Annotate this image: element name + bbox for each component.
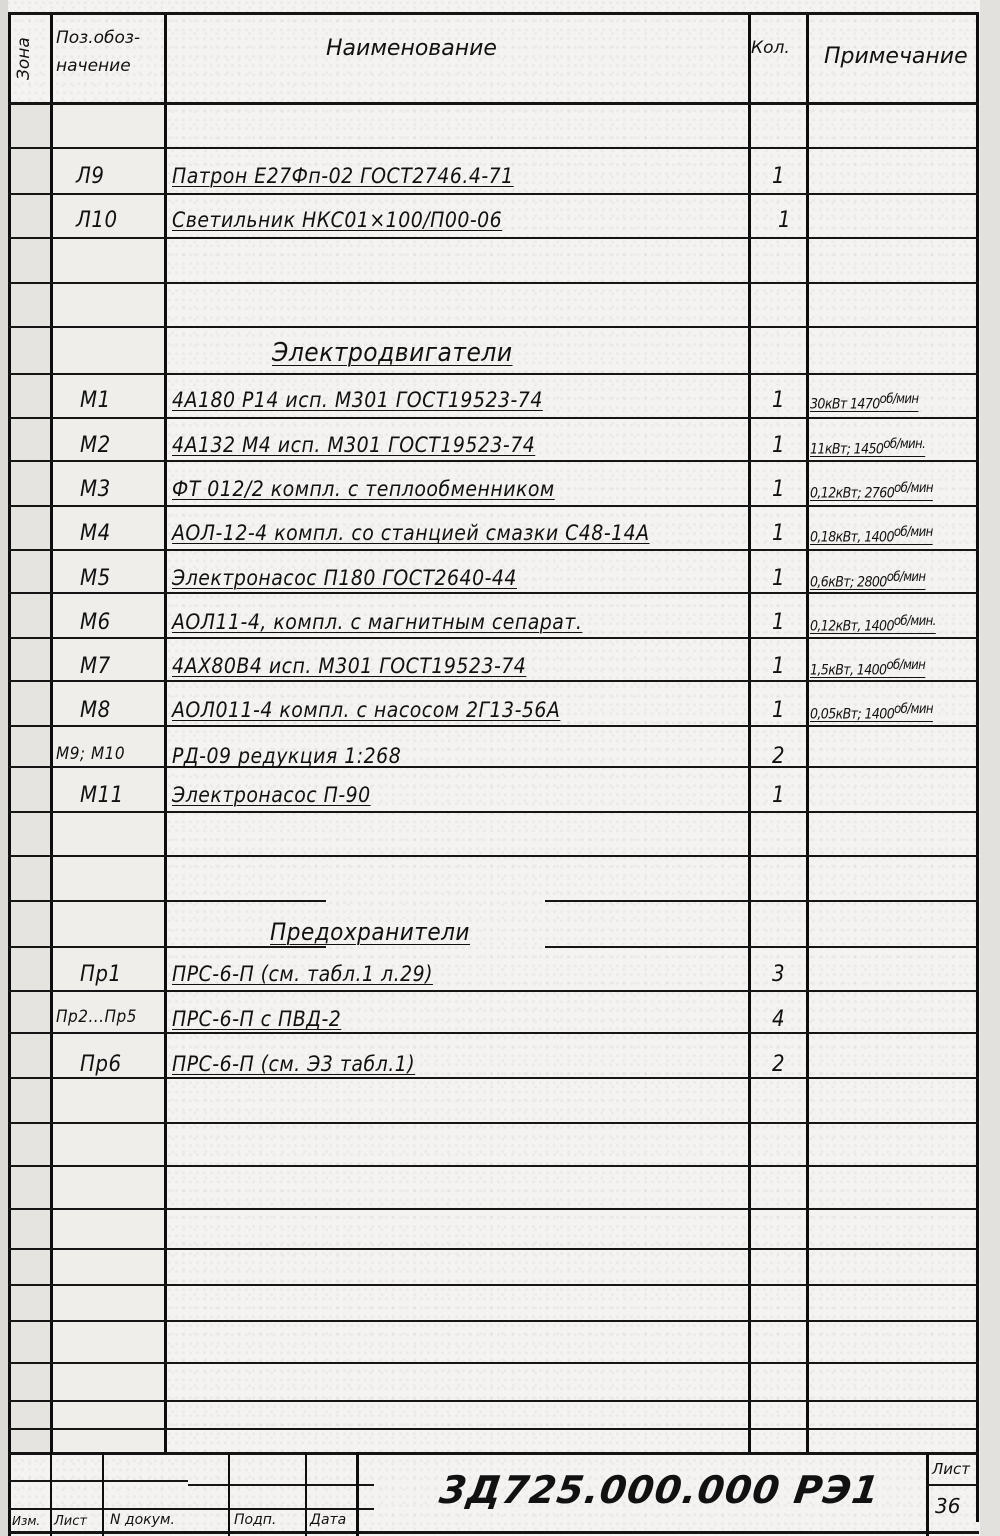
row-pos: М5	[80, 566, 111, 591]
row-name: ПРС-6-П (см. Э3 табл.1)	[172, 1052, 415, 1076]
row-note: 1,5кВт, 1400об/мин	[810, 658, 925, 679]
row-pos: Л9	[76, 164, 104, 189]
row-name: 4А132 М4 исп. М301 ГОСТ19523-74	[172, 433, 535, 457]
row-line	[8, 1428, 979, 1430]
spec-sheet: Зона Поз.обоз- начение Наименование Кол.…	[0, 0, 1000, 1536]
header-pos-line1: Поз.обоз-	[56, 28, 140, 48]
row-line	[8, 549, 979, 551]
row-line	[8, 811, 979, 813]
sheet-number: 36	[935, 1494, 960, 1518]
row-line	[8, 637, 979, 639]
row-note: 0,6кВт; 2800об/мин	[810, 570, 925, 591]
header-name: Наименование	[326, 36, 497, 61]
row-name: ПРС-6-П с ПВД-2	[172, 1007, 341, 1031]
header-separator	[8, 102, 979, 105]
row-note: 30кВт 1470об/мин	[810, 392, 918, 413]
row-name: АОЛ11-4, компл. с магнитным сепарат.	[172, 610, 582, 634]
row-qty: 1	[772, 521, 785, 546]
note-unit: об/мин	[894, 702, 933, 717]
row-qty: 4	[772, 1007, 785, 1032]
row-line	[8, 193, 979, 195]
title-block-inner-line	[8, 1480, 188, 1482]
note-power-speed: 0,12кВт; 2760	[810, 486, 894, 502]
row-name: 4А180 Р14 исп. М301 ГОСТ19523-74	[172, 388, 543, 412]
col-divider-qty	[806, 12, 809, 1452]
row-line	[8, 1248, 979, 1250]
note-power-speed: 0,18кВт, 1400	[810, 530, 894, 546]
sheet-label: Лист	[932, 1460, 970, 1478]
row-line	[8, 766, 979, 768]
header-note: Примечание	[824, 44, 968, 69]
title-block-top	[8, 1452, 979, 1455]
tb-divider	[305, 1452, 307, 1536]
row-name: Светильник НКС01×100/П00-06	[172, 208, 502, 232]
row-name: ПРС-6-П (см. табл.1 л.29)	[172, 962, 433, 986]
note-power-speed: 30кВт 1470	[810, 397, 880, 413]
row-qty: 1	[772, 610, 785, 635]
row-name: Электронасос П-90	[172, 783, 371, 807]
row-pos: М11	[80, 783, 124, 808]
note-unit: об/мин	[894, 525, 933, 540]
row-pos: М2	[80, 433, 111, 458]
row-line	[8, 855, 979, 857]
row-line	[8, 1165, 979, 1167]
note-power-speed: 0,6кВт; 2800	[810, 575, 887, 591]
title-block-bottom	[8, 1531, 979, 1534]
row-line	[8, 1320, 979, 1322]
row-line	[8, 1077, 979, 1079]
row-pos: М4	[80, 521, 111, 546]
section-title-motors: Электродвигатели	[272, 338, 513, 368]
right-margin	[980, 0, 1000, 1536]
row-line	[8, 1032, 979, 1034]
header-pos-line2: начение	[56, 56, 131, 76]
tb-label-docnum: N докум.	[110, 1512, 175, 1528]
row-line	[8, 417, 979, 419]
row-name: РД-09 редукция 1:268	[172, 744, 401, 768]
tb-label-date: Дата	[310, 1512, 346, 1528]
note-unit: об/мин.	[894, 614, 936, 629]
note-power-speed: 1,5кВт, 1400	[810, 663, 886, 679]
frame-top	[8, 12, 979, 15]
row-qty: 2	[772, 1052, 785, 1077]
row-qty: 1	[772, 388, 785, 413]
note-unit: об/мин	[886, 658, 925, 673]
note-power-speed: 11кВт; 1450	[810, 442, 883, 458]
row-note: 0,18кВт, 1400об/мин	[810, 525, 933, 546]
tb-divider	[50, 1452, 52, 1536]
row-line	[8, 1400, 979, 1402]
row-line	[8, 725, 979, 727]
row-line	[8, 326, 979, 328]
header-zone: Зона	[14, 37, 34, 80]
tb-divider	[102, 1452, 104, 1536]
row-line	[8, 1284, 979, 1286]
position-column-shade	[52, 104, 164, 1454]
tb-label-change: Изм.	[12, 1514, 40, 1528]
note-unit: об/мин	[887, 570, 926, 585]
row-line	[8, 1362, 979, 1364]
row-pos: Л10	[76, 208, 118, 233]
row-pos: Пр1	[80, 962, 122, 987]
row-line	[8, 990, 979, 992]
row-name: АОЛ-12-4 компл. со станцией смазки С48-1…	[172, 521, 650, 545]
row-pos: Пр6	[80, 1052, 122, 1077]
note-unit: об/мин.	[883, 437, 925, 452]
tb-divider	[926, 1452, 929, 1536]
tb-label-sheet: Лист	[54, 1514, 87, 1529]
row-name: ФТ 012/2 компл. с теплообменником	[172, 477, 555, 501]
row-note: 0,12кВт; 2760об/мин	[810, 481, 933, 502]
row-line	[8, 373, 979, 375]
section-title-fuses: Предохранители	[270, 918, 470, 946]
row-line	[8, 460, 979, 462]
row-qty: 2	[772, 744, 785, 769]
row-pos: М9; М10	[56, 744, 125, 764]
col-divider-name	[748, 12, 751, 1452]
row-qty: 1	[772, 654, 785, 679]
row-qty: 1	[772, 477, 785, 502]
zone-column-shade	[8, 104, 50, 1454]
row-qty: 1	[778, 208, 791, 233]
tb-sheet-divider	[926, 1484, 978, 1486]
row-qty: 1	[772, 433, 785, 458]
row-qty: 3	[772, 962, 785, 987]
row-line	[8, 680, 979, 682]
row-line	[8, 1122, 979, 1124]
col-divider-zone	[50, 12, 53, 1452]
row-pos: М6	[80, 610, 111, 635]
row-qty: 1	[772, 164, 785, 189]
header-qty: Кол.	[751, 38, 790, 58]
row-name: Электронасос П180 ГОСТ2640-44	[172, 566, 517, 590]
left-margin	[0, 0, 8, 1536]
row-qty: 1	[772, 566, 785, 591]
tb-divider	[356, 1452, 359, 1536]
row-qty: 1	[772, 783, 785, 808]
row-qty: 1	[772, 698, 785, 723]
row-line	[8, 505, 979, 507]
row-note: 0,05кВт; 1400об/мин	[810, 702, 933, 723]
row-name: Патрон Е27Фп-02 ГОСТ2746.4-71	[172, 164, 514, 188]
row-pos: М8	[80, 698, 111, 723]
row-line	[545, 946, 979, 948]
note-power-speed: 0,12кВт, 1400	[810, 619, 894, 635]
tb-divider	[228, 1452, 230, 1536]
row-line	[545, 900, 979, 902]
row-note: 11кВт; 1450об/мин.	[810, 437, 925, 458]
note-power-speed: 0,05кВт; 1400	[810, 707, 894, 723]
row-line	[8, 147, 979, 149]
row-line	[8, 237, 979, 239]
row-pos: М1	[80, 388, 111, 413]
row-name: АОЛ011-4 компл. с насосом 2Г13-56А	[172, 698, 560, 722]
row-line	[8, 946, 326, 948]
row-line	[8, 592, 979, 594]
row-line	[8, 282, 979, 284]
row-line	[8, 1208, 979, 1210]
col-divider-pos	[164, 12, 167, 1452]
tb-label-signature: Подп.	[234, 1512, 276, 1528]
row-name: 4АХ80В4 исп. М301 ГОСТ19523-74	[172, 654, 526, 678]
row-note: 0,12кВт, 1400об/мин.	[810, 614, 936, 635]
row-pos: М7	[80, 654, 111, 679]
title-block-inner-line	[8, 1508, 374, 1510]
note-unit: об/мин	[880, 392, 919, 407]
frame-left	[8, 12, 11, 1536]
document-number: 3Д725.000.000 РЭ1	[437, 1468, 883, 1512]
row-pos: Пр2...Пр5	[56, 1007, 137, 1027]
title-block-inner-line	[188, 1484, 374, 1486]
row-line	[8, 900, 326, 902]
note-unit: об/мин	[894, 481, 933, 496]
row-pos: М3	[80, 477, 111, 502]
